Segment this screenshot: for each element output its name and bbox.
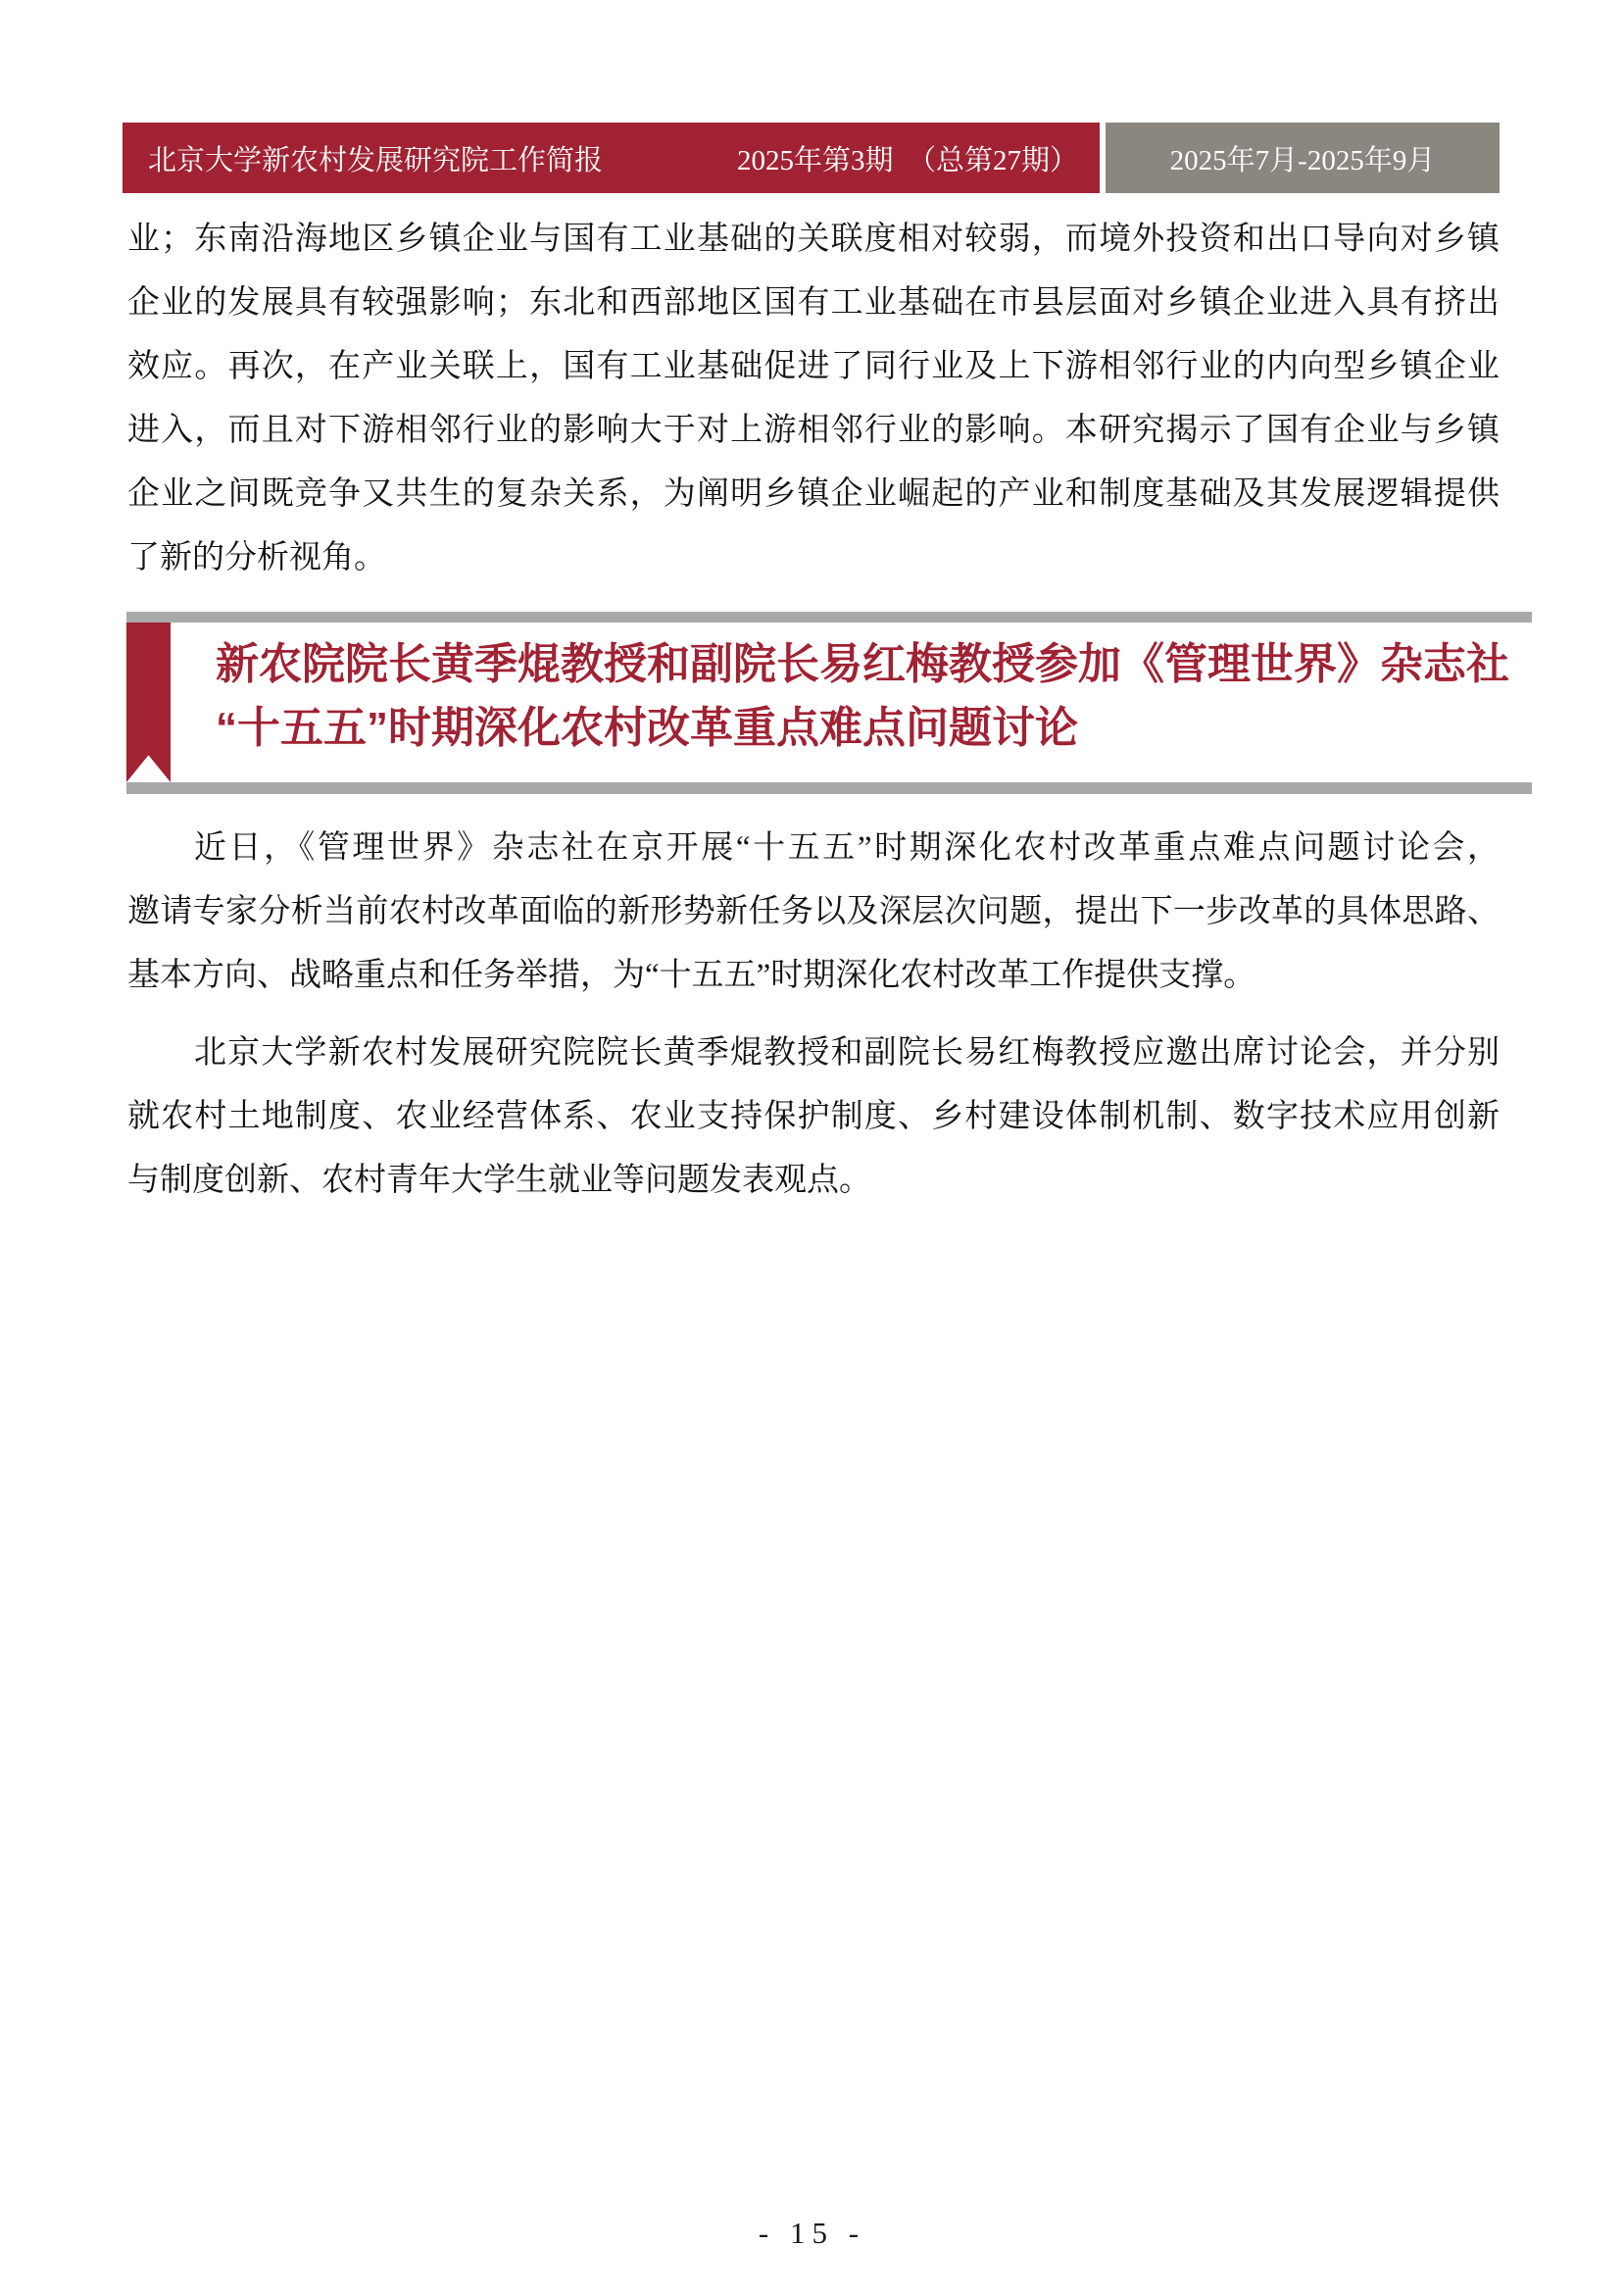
article-continuation-paragraph: 业；东南沿海地区乡镇企业与国有工业基础的关联度相对较弱，而境外投资和出口导向对乡… bbox=[127, 208, 1500, 590]
header-period: 2025年7月-2025年9月 bbox=[1170, 138, 1436, 178]
section-title: 新农院院长黄季焜教授和副院长易红梅教授参加《管理世界》杂志社 “十五五”时期深化… bbox=[216, 623, 1532, 760]
text-line: 企业的发展具有较强影响；东北和西部地区国有工业基础在市县层面对乡镇企业进入具有挤… bbox=[127, 272, 1500, 335]
text-line: 进入，而且对下游相邻行业的影响大于对上游相邻行业的影响。本研究揭示了国有企业与乡… bbox=[127, 399, 1500, 463]
text-line: 效应。再次，在产业关联上，国有工业基础促进了同行业及上下游相邻行业的内向型乡镇企… bbox=[127, 335, 1500, 399]
text-line: 与制度创新、农村青年大学生就业等问题发表观点。 bbox=[127, 1149, 1500, 1213]
text-line: 业；东南沿海地区乡镇企业与国有工业基础的关联度相对较弱，而境外投资和出口导向对乡… bbox=[127, 208, 1500, 272]
page-header-bar: 北京大学新农村发展研究院工作简报 2025年第3期 （总第27期） 2025年7… bbox=[123, 123, 1500, 193]
section-title-line-1: 新农院院长黄季焜教授和副院长易红梅教授参加《管理世界》杂志社 bbox=[216, 632, 1532, 696]
divider-bar-bottom bbox=[126, 782, 1532, 794]
header-issue: 2025年第3期 （总第27期） bbox=[737, 138, 1078, 178]
text-line: 北京大学新农村发展研究院院长黄季焜教授和副院长易红梅教授应邀出席讨论会，并分别 bbox=[127, 1022, 1500, 1085]
section-title-line-2: “十五五”时期深化农村改革重点难点问题讨论 bbox=[216, 696, 1532, 760]
text-line: 就农村土地制度、农业经营体系、农业支持保护制度、乡村建设体制机制、数字技术应用创… bbox=[127, 1085, 1500, 1149]
text-line: 基本方向、战略重点和任务举措，为“十五五”时期深化农村改革工作提供支撑。 bbox=[127, 944, 1500, 1008]
page-number: - 15 - bbox=[0, 2216, 1624, 2251]
text-line: 企业之间既竞争又共生的复杂关系，为阐明乡镇企业崛起的产业和制度基础及其发展逻辑提… bbox=[127, 463, 1500, 526]
text-line: 邀请专家分析当前农村改革面临的新形势新任务以及深层次问题，提出下一步改革的具体思… bbox=[127, 880, 1500, 944]
header-title: 北京大学新农村发展研究院工作简报 bbox=[148, 138, 603, 178]
article-paragraph-1: 近日，《管理世界》杂志社在京开展“十五五”时期深化农村改革重点难点问题讨论会， … bbox=[127, 817, 1500, 1008]
divider-bar-top bbox=[126, 612, 1532, 623]
text-line: 了新的分析视角。 bbox=[127, 526, 1500, 590]
bookmark-ribbon-icon bbox=[126, 623, 171, 782]
section-heading-block: 新农院院长黄季焜教授和副院长易红梅教授参加《管理世界》杂志社 “十五五”时期深化… bbox=[126, 612, 1532, 794]
article-paragraph-2: 北京大学新农村发展研究院院长黄季焜教授和副院长易红梅教授应邀出席讨论会，并分别 … bbox=[127, 1022, 1500, 1213]
section-heading-body: 新农院院长黄季焜教授和副院长易红梅教授参加《管理世界》杂志社 “十五五”时期深化… bbox=[126, 623, 1532, 782]
header-red-segment: 北京大学新农村发展研究院工作简报 2025年第3期 （总第27期） bbox=[123, 123, 1100, 193]
header-gray-segment: 2025年7月-2025年9月 bbox=[1106, 123, 1500, 193]
text-line: 近日，《管理世界》杂志社在京开展“十五五”时期深化农村改革重点难点问题讨论会， bbox=[127, 817, 1500, 880]
